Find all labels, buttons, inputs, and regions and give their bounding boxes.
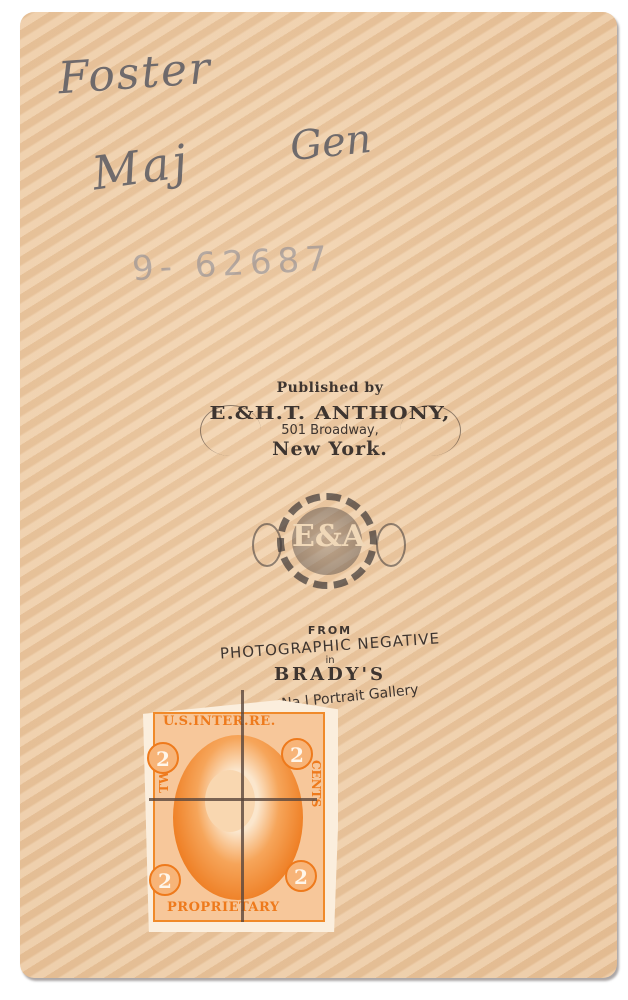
scroll-ornament-right [400,405,461,456]
handwritten-name: Foster [56,43,213,105]
stamp-top-text: U.S.INTER.RE. [163,714,276,729]
revenue-stamp: U.S.INTER.RE. TWO CENTS PROPRIETARY 2 2 … [143,700,338,932]
denomination-badge: 2 [149,864,181,896]
stamp-bottom-text: PROPRIETARY [167,900,280,915]
portrait-face [205,770,255,832]
leaf-ornament-icon [376,523,406,567]
pen-cancel-horizontal [149,798,317,801]
denomination-badge: 2 [285,860,317,892]
brady-credit: FROM PHOTOGRAPHIC NEGATIVE in BRADY'S Na… [200,610,460,705]
denomination-badge: 2 [147,742,179,774]
published-by-label: Published by [190,380,470,396]
monogram-text: E&A [292,519,362,554]
scroll-ornament-left [200,405,261,456]
handwritten-rank-gen: Gen [288,116,374,170]
denomination-badge: 2 [281,738,313,770]
pen-cancel-vertical [241,690,244,922]
anthony-monogram-emblem: E&A [252,485,402,600]
